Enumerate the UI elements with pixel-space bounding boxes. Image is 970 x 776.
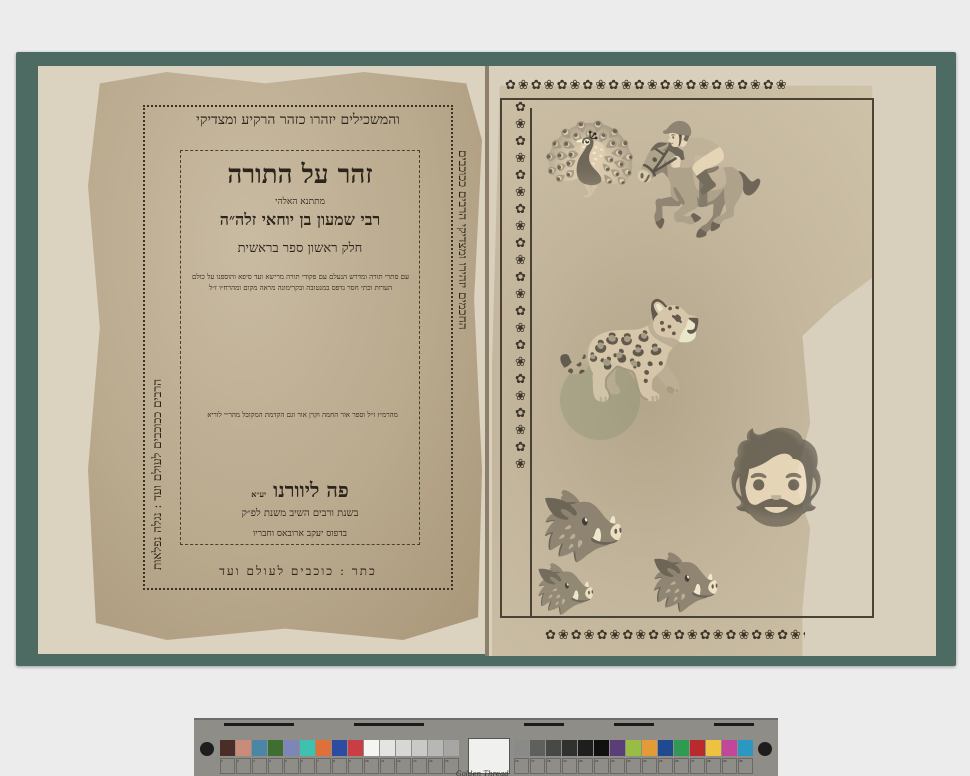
- color-swatch: [284, 740, 299, 756]
- color-swatch: [514, 740, 529, 756]
- swatch-label: 1: [220, 758, 235, 774]
- book-gutter: [485, 66, 489, 656]
- color-swatch: [674, 740, 689, 756]
- color-swatch: [722, 740, 737, 756]
- swatch-label: 13: [412, 758, 427, 774]
- title-bottom-line: כתר : כוכבים לעולם ועד: [150, 564, 446, 579]
- swatch-label: 16: [514, 758, 529, 774]
- color-swatch: [658, 740, 673, 756]
- color-swatch: [530, 740, 545, 756]
- swatch-label: 7: [316, 758, 331, 774]
- swatch-label: 20: [578, 758, 593, 774]
- swatch-label: 28: [706, 758, 721, 774]
- color-swatch: [738, 740, 753, 756]
- swatch-label: 11: [380, 758, 395, 774]
- printer-name: בדפוס יעקב ארובאס וחבריו: [180, 528, 420, 539]
- swatch-label: 14: [428, 758, 443, 774]
- color-swatch: [578, 740, 593, 756]
- color-swatch: [594, 740, 609, 756]
- color-swatch: [706, 740, 721, 756]
- printing-place-suffix: יע״א: [251, 489, 266, 499]
- horse-rider-drawing-icon: 🏇: [630, 115, 767, 244]
- boar-drawing-icon: 🐗: [540, 485, 627, 568]
- color-swatch: [396, 740, 411, 756]
- swatch-label: 5: [284, 758, 299, 774]
- hunter-drawing-icon: 🧔: [720, 425, 832, 530]
- swatch-label: 2: [236, 758, 251, 774]
- printing-year: בשנת ורבים השיב משנת לפ״ק: [180, 508, 420, 519]
- color-swatch: [444, 740, 459, 756]
- swatch-label: 3: [252, 758, 267, 774]
- boar-small-drawing-icon: 🐗: [535, 560, 597, 619]
- printing-place-name: פה ליוורנו: [273, 478, 349, 502]
- swatch-label: 12: [396, 758, 411, 774]
- chart-brand: Golden Thread: [456, 770, 509, 776]
- ruler-segment: [524, 723, 564, 726]
- swatch-label: 30: [738, 758, 753, 774]
- peacock-drawing-icon: 🦚: [540, 110, 640, 204]
- floral-border-bottom: ✿❀✿❀✿❀✿❀✿❀✿❀✿❀✿❀✿❀✿❀✿❀: [545, 628, 805, 643]
- floral-border-top: ✿❀✿❀✿❀✿❀✿❀✿❀✿❀✿❀✿❀✿❀✿❀: [505, 78, 865, 93]
- color-swatch: [412, 740, 427, 756]
- swatch-label: 23: [626, 758, 641, 774]
- ruler-segment: [714, 723, 754, 726]
- book-subtitle: מתתנא האלהי: [180, 196, 420, 207]
- title-top-line: והמשכילים יזהרו כזהר הרקיע ומצדיקי: [150, 112, 446, 129]
- book-title: זהר על התורה: [180, 160, 420, 190]
- color-swatch: [642, 740, 657, 756]
- swatch-label: 18: [546, 758, 561, 774]
- swatch-label: 29: [722, 758, 737, 774]
- color-swatch: [348, 740, 363, 756]
- color-swatch: [428, 740, 443, 756]
- color-swatch: [562, 740, 577, 756]
- color-swatch: [236, 740, 251, 756]
- color-swatch: [300, 740, 315, 756]
- vertical-text-right: החכמים יזהירו ומצדיקי הרבים ככוכבים: [455, 150, 470, 570]
- color-calibration-chart: 1234567891011121314151617181920212223242…: [194, 718, 778, 776]
- swatch-label: 6: [300, 758, 315, 774]
- color-swatch: [364, 740, 379, 756]
- swatch-label: 9: [348, 758, 363, 774]
- color-swatch: [220, 740, 235, 756]
- swatch-label: 19: [562, 758, 577, 774]
- color-swatch: [332, 740, 347, 756]
- book-author: רבי שמעון בן יוחאי זלה״ה: [180, 210, 420, 230]
- title-body-text: עם סתרי תורה ומדרש הנעלם עם פקודי תורה מ…: [188, 272, 413, 294]
- color-swatch: [690, 740, 705, 756]
- color-swatch: [610, 740, 625, 756]
- chart-hole-right: [758, 742, 772, 756]
- color-swatch: [316, 740, 331, 756]
- chart-hole-left: [200, 742, 214, 756]
- swatch-label: 22: [610, 758, 625, 774]
- boar-right-drawing-icon: 🐗: [650, 548, 722, 617]
- printing-place: פה ליוורנו יע״א: [180, 478, 420, 503]
- swatch-label: 8: [332, 758, 347, 774]
- floral-border-side: ✿❀✿❀✿❀✿❀✿❀✿❀✿❀✿❀✿❀✿❀✿❀: [502, 100, 528, 620]
- book-part: חלק ראשון ספר בראשית: [180, 240, 420, 256]
- ruler-segment: [614, 723, 654, 726]
- color-swatch: [252, 740, 267, 756]
- swatch-label: 26: [674, 758, 689, 774]
- color-swatch: [546, 740, 561, 756]
- color-swatch: [380, 740, 395, 756]
- swatch-label: 17: [530, 758, 545, 774]
- swatch-label: 24: [642, 758, 657, 774]
- ruler-segment: [224, 723, 294, 726]
- swatch-label: 4: [268, 758, 283, 774]
- color-swatch: [626, 740, 641, 756]
- resolution-target: [468, 738, 510, 774]
- vertical-text-left: הרבים ככוכבים לעולם ועד : נגלה נפלאות: [150, 150, 165, 570]
- leopard-drawing-icon: 🐆: [555, 270, 704, 410]
- title-imprint-text: מהרמ״ז ז״ל וספר אור החמה וקרן אור וגם הק…: [185, 410, 420, 421]
- color-swatch: [268, 740, 283, 756]
- swatch-label: 27: [690, 758, 705, 774]
- swatch-label: 21: [594, 758, 609, 774]
- ruler-segment: [354, 723, 424, 726]
- swatch-label: 10: [364, 758, 379, 774]
- swatch-label: 25: [658, 758, 673, 774]
